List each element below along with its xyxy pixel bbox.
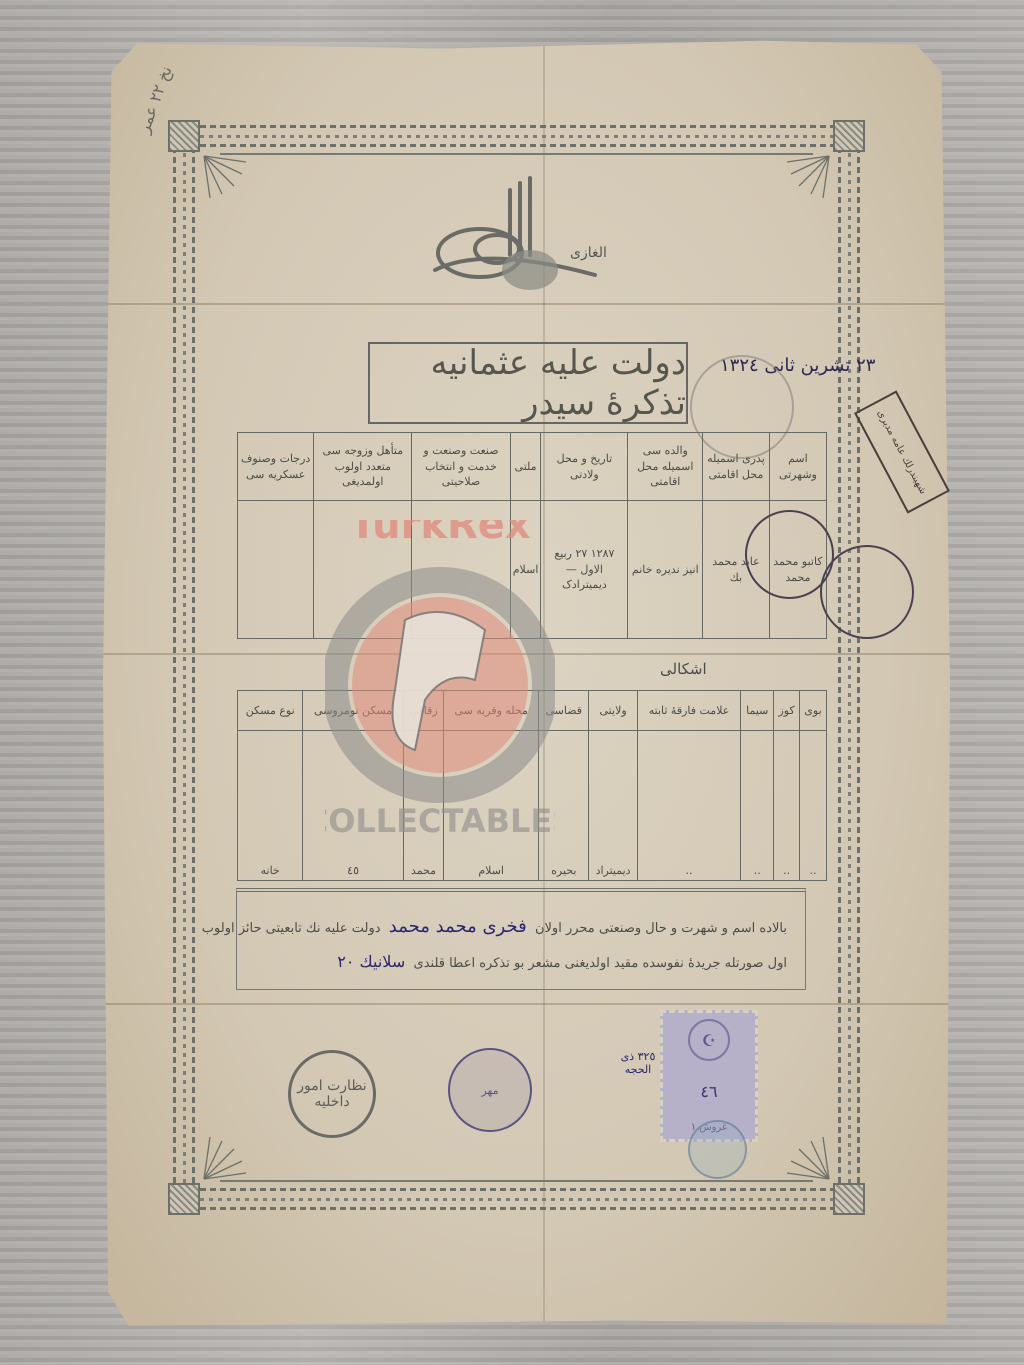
entry-birth: ١٢٨٧ ٢٧ ربیع الاول — دیمیترادک [541, 501, 628, 639]
corner-ornament-icon [833, 1183, 865, 1215]
entry-district: بحیره [539, 731, 589, 881]
entry-religion: اسلام [510, 501, 541, 639]
fan-ornament-icon [785, 1135, 831, 1181]
entry-marks: .. [637, 731, 741, 881]
col-height: بوی [799, 691, 826, 731]
table-row: .. .. .. .. دیمیتراد بحیره اسلام محمد ٤٥… [238, 731, 827, 881]
entry-military [238, 501, 314, 639]
col-military: درجات وصنوف عسکریه سی [238, 433, 314, 501]
physical-features-label: اشکالی [660, 660, 707, 678]
border-top [200, 125, 833, 147]
stamp-value: ٤٦ [700, 1082, 717, 1101]
tughra-signature: الغازی [570, 245, 607, 261]
physical-address-table: بوی کوز سیما علامت فارقهٔ ثابته ولایتی ق… [237, 690, 827, 881]
cert-text: دولت علیه نك تابعیتی حائز اولوب [202, 921, 381, 936]
entry-marital [314, 501, 412, 639]
col-mother: والده سی اسمیله محل اقامتی [628, 433, 703, 501]
entry-face: .. [741, 731, 774, 881]
round-seal-right-2 [820, 545, 914, 639]
col-district: قضاسی [539, 691, 589, 731]
col-street: زقاقی [403, 691, 443, 731]
ministry-seal: نظارت امور داخلیه [288, 1050, 376, 1138]
col-religion: ملتی [510, 433, 541, 501]
table-header-row: بوی کوز سیما علامت فارقهٔ ثابته ولایتی ق… [238, 691, 827, 731]
entry-house-type: خانه [238, 731, 303, 881]
entry-street: محمد [403, 731, 443, 881]
handwritten-number: ٣٢٥ ذی الحجه [618, 1050, 658, 1076]
col-father: پدری اسمیله محل اقامتی [703, 433, 770, 501]
corner-ornament-icon [168, 120, 200, 152]
col-province: ولایتی [589, 691, 637, 731]
border-left [173, 152, 195, 1183]
inner-rule [220, 1180, 813, 1182]
fan-ornament-icon [202, 1135, 248, 1181]
fan-ornament-icon [202, 154, 248, 200]
certification-line-2: اول صورتله جریدهٔ نفوسده مقید اولدیغنی م… [337, 952, 787, 971]
page-title: دولت علیه عثمانیه تذکرهٔ سیدر [370, 343, 686, 423]
col-quarter: محله وقریه سی [444, 691, 539, 731]
border-bottom [200, 1188, 833, 1210]
certification-box: بالاده اسم و شهرت و حال وصنعتی محرر اولا… [236, 888, 806, 990]
certification-line-1: بالاده اسم و شهرت و حال وصنعتی محرر اولا… [202, 916, 787, 937]
purple-round-seal: مهر [448, 1048, 532, 1132]
inner-rule [220, 153, 813, 155]
entry-quarter: اسلام [444, 731, 539, 881]
crescent-tughra-icon: ☪ [688, 1019, 730, 1061]
corner-ornament-icon [833, 120, 865, 152]
col-profession: صنعت وصنعت و خدمت و انتخاب صلاحیتی [412, 433, 511, 501]
col-house-no: مسکن نومروسی [303, 691, 403, 731]
cert-holder-name: فخری محمد محمد [389, 916, 527, 937]
entry-house-no: ٤٥ [303, 731, 403, 881]
col-marks: علامت فارقهٔ ثابته [637, 691, 741, 731]
entry-province: دیمیتراد [589, 731, 637, 881]
table-header-row: اسم وشهرتی پدری اسمیله محل اقامتی والده … [238, 433, 827, 501]
tughra-emblem-icon [425, 175, 605, 295]
blue-round-seal [688, 1120, 747, 1179]
personal-info-table: اسم وشهرتی پدری اسمیله محل اقامتی والده … [237, 432, 827, 639]
entry-height: .. [799, 731, 826, 881]
cert-text: بالاده اسم و شهرت و حال وصنعتی محرر اولا… [535, 921, 787, 936]
col-house-type: نوع مسکن [238, 691, 303, 731]
table-row: کاتبو محمد محمد عابد محمد بك انیز ندیره … [238, 501, 827, 639]
col-face: سیما [741, 691, 774, 731]
col-name: اسم وشهرتی [769, 433, 826, 501]
cert-text: اول صورتله جریدهٔ نفوسده مقید اولدیغنی م… [414, 956, 787, 971]
col-marital: متأهل وزوجه سی متعدد اولوب اولمدیغی [314, 433, 412, 501]
col-eye: کوز [774, 691, 800, 731]
corner-ornament-icon [168, 1183, 200, 1215]
entry-profession [412, 501, 511, 639]
official-signature: سلانیك ۲۰ [337, 952, 405, 971]
fan-ornament-icon [785, 154, 831, 200]
entry-eye: .. [774, 731, 800, 881]
border-right [838, 152, 860, 1183]
document-title-box: دولت علیه عثمانیه تذکرهٔ سیدر [368, 342, 688, 424]
entry-mother: انیز ندیره خانم [628, 501, 703, 639]
col-birth: تاریخ و محل ولادتی [541, 433, 628, 501]
